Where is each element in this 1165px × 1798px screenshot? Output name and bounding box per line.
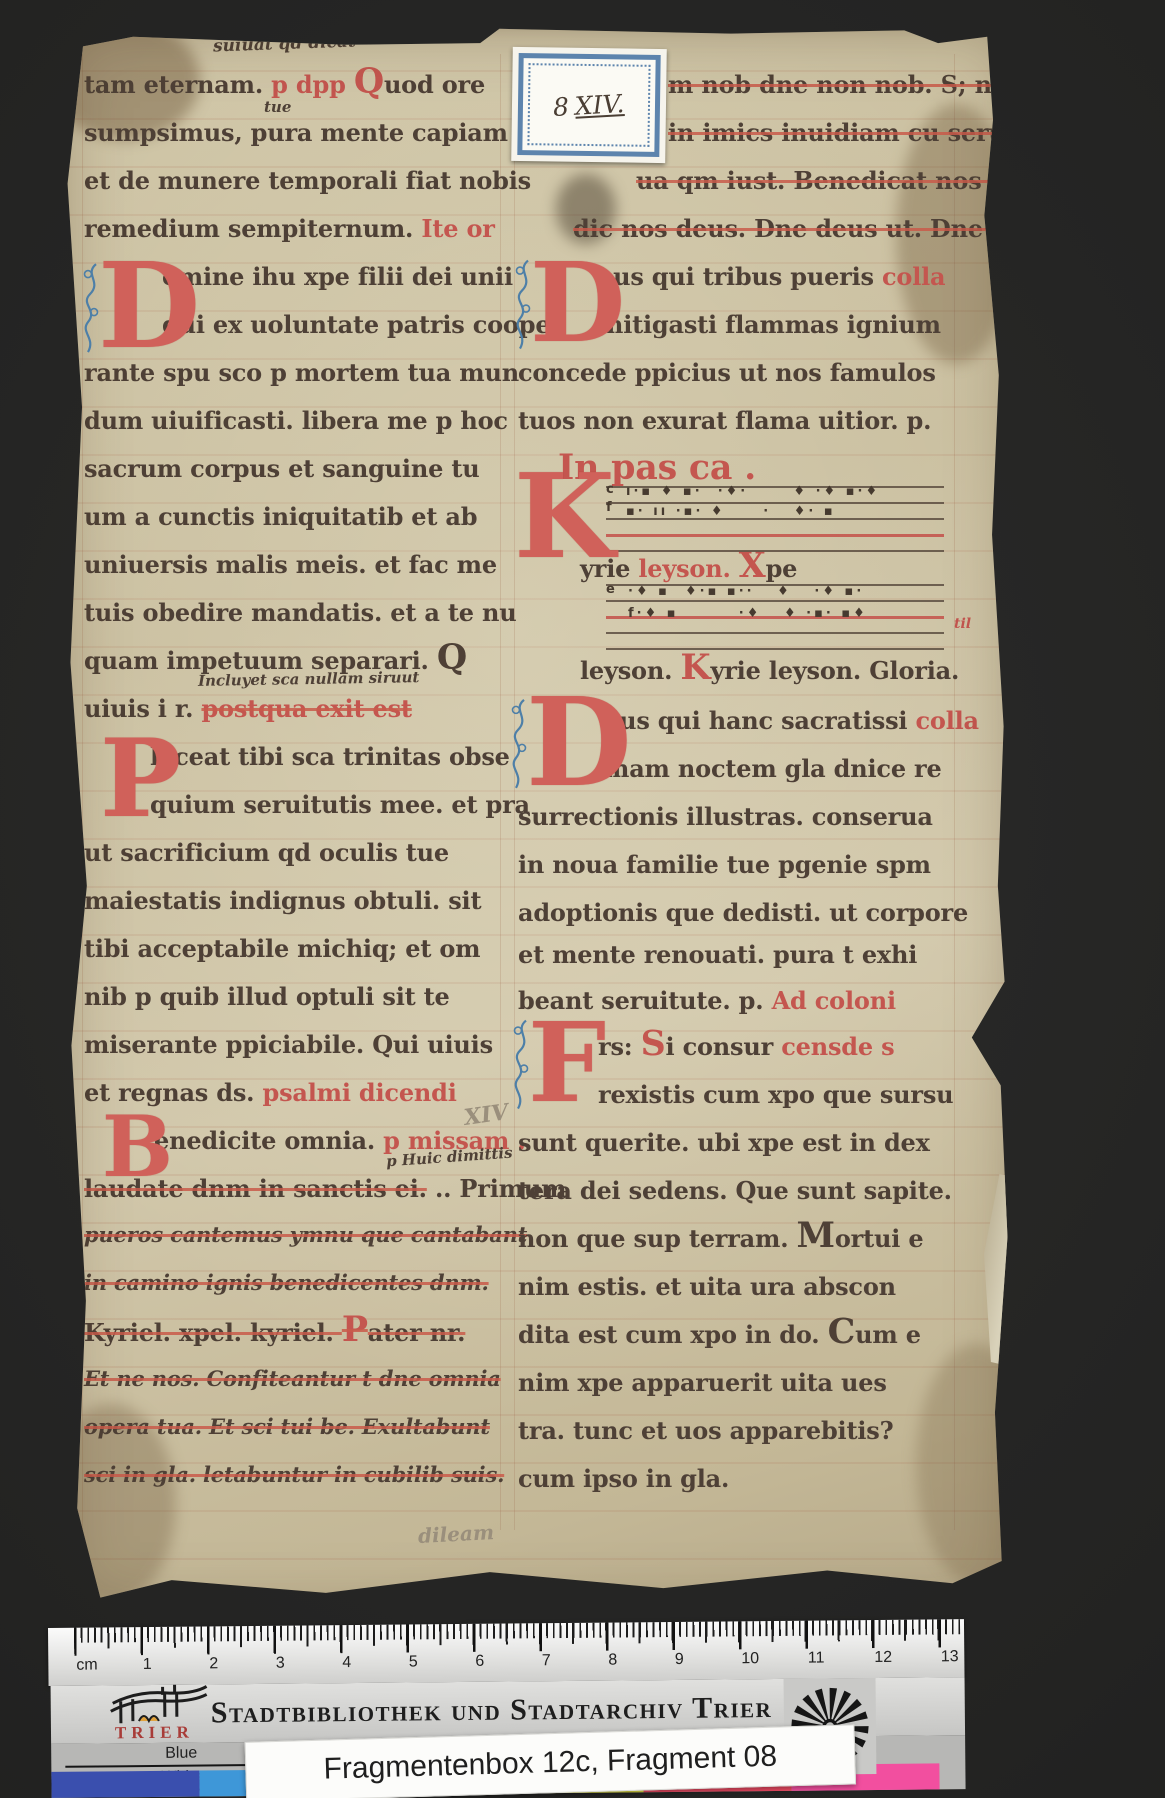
- manuscript-text: nim xpe apparuerit uita ues: [518, 1368, 887, 1397]
- manuscript-text: yrie: [710, 656, 760, 685]
- ruler-number: 11: [808, 1650, 825, 1668]
- manuscript-line: nim xpe apparuerit uita ues: [518, 1368, 887, 1397]
- manuscript-text: m nob dne non nob.: [668, 70, 941, 99]
- neume-notation: ı·▪ ♦ ▪· ·♦· ♦ ·♦ ▪·♦: [626, 484, 880, 499]
- manuscript-line: mam noctem gla dnice re: [604, 754, 942, 783]
- manuscript-line: nim estis. et uita ura abscon: [518, 1272, 896, 1301]
- manuscript-text: nim estis. et uita ura abscon: [518, 1272, 896, 1301]
- manuscript-line: mitigasti flammas ignium: [598, 310, 941, 339]
- manuscript-text: ater nr.: [368, 1318, 466, 1347]
- shelfmark-text: 8XIV.: [553, 89, 626, 122]
- manuscript-text: S: [641, 1023, 666, 1064]
- manuscript-text: um a cunctis iniquitatib et ab: [84, 502, 477, 531]
- manuscript-text: psalmi dicendi: [262, 1078, 456, 1107]
- manuscript-text: postqua exit est: [201, 694, 411, 723]
- manuscript-text: sunt querite. ubi xpe est in dex: [518, 1128, 930, 1157]
- ruler-number: 6: [475, 1653, 484, 1671]
- stamp-border: 8XIV.: [517, 53, 660, 157]
- manuscript-text: p dpp: [263, 70, 354, 99]
- marginal-note: dileam: [417, 1520, 494, 1548]
- manuscript-line: dum uiuificasti. libera me p hoc: [84, 406, 508, 435]
- manuscript-line: tra. tunc et uos apparebitis?: [518, 1416, 893, 1445]
- staff-line: [606, 600, 944, 602]
- logo-caption: TRIER: [115, 1723, 194, 1744]
- manuscript-line: tuis obedire mandatis. et a te nu: [84, 598, 517, 627]
- color-bar: [51, 1771, 199, 1798]
- manuscript-text: maiestatis indignus obtuli. sit: [84, 886, 481, 915]
- manuscript-text: Kyriel. xpel. kyriel.: [84, 1318, 342, 1347]
- manuscript-line: eus qui hanc sacratissi colla: [604, 706, 979, 735]
- ruler-number: 1: [143, 1656, 152, 1674]
- ruler-number: cm: [76, 1656, 97, 1674]
- manuscript-text: leyson.: [638, 554, 738, 583]
- manuscript-text: cum ipso in gla.: [518, 1464, 729, 1493]
- manuscript-text: dita est cum xpo in do.: [518, 1320, 828, 1349]
- manuscript-line: non que sup terram. Mortui e: [518, 1224, 923, 1253]
- manuscript-line: m nob dne non nob. S; noi t. da gl: [668, 70, 1118, 99]
- manuscript-line: Et ne nos. Confiteantur t dne omnia: [84, 1366, 501, 1391]
- manuscript-text: mam noctem gla dnice re: [604, 754, 942, 783]
- manuscript-text: pe: [766, 554, 798, 583]
- manuscript-text: M: [797, 1215, 835, 1256]
- manuscript-text: et de munere temporali fiat nobis: [84, 166, 531, 195]
- manuscript-line: tera dei sedens. Que sunt sapite.: [518, 1176, 952, 1205]
- neume-notation: f·♦ ▪ ·♦ ♦ ·▪· ▪♦: [628, 606, 868, 621]
- manuscript-text: P: [342, 1309, 368, 1350]
- manuscript-line: dita est cum xpo in do. Cum e: [518, 1320, 921, 1349]
- manuscript-text: miserante ppiciabile. Qui uiuis: [84, 1030, 493, 1059]
- manuscript-line: maiestatis indignus obtuli. sit: [84, 886, 481, 915]
- ruler-number: 3: [276, 1655, 285, 1673]
- manuscript-line: omine ihu xpe filii dei unii: [162, 262, 513, 291]
- manuscript-text: mitigasti flammas ignium: [598, 310, 941, 339]
- neume-notation: ·♦ ▪ ♦·▪ ▪·· ♦ ·♦ ▪·: [628, 584, 864, 599]
- manuscript-text: Ite or: [421, 214, 494, 243]
- manuscript-line: um a cunctis iniquitatib et ab: [84, 502, 477, 531]
- staff-line: [606, 550, 944, 552]
- illuminated-initial: P: [100, 730, 181, 829]
- illuminated-initial: D: [98, 252, 200, 361]
- manuscript-text: sci in gla. letabuntur in cubilib suis.: [84, 1462, 504, 1487]
- music-staff: cfı·▪ ♦ ▪· ·♦· ♦ ·♦ ▪·♦▪· ıı ·▪· ♦ · ♦· …: [606, 486, 944, 556]
- manuscript-text: in noua familie tue pgenie spm: [518, 850, 931, 879]
- manuscript-line: et mente renouati. pura t exhi: [518, 940, 917, 969]
- manuscript-text: um e: [855, 1320, 921, 1349]
- staff-line: [606, 648, 944, 650]
- manuscript-text: sumpsimus, pura mente capiam: [84, 118, 508, 147]
- manuscript-text: opera tua. Et sci tui be. Exultabunt: [84, 1414, 490, 1439]
- manuscript-line: eus qui tribus pueris colla: [598, 262, 945, 291]
- manuscript-text: nib p quib illud optuli sit te: [84, 982, 450, 1011]
- manuscript-text: laceat tibi sca trinitas obse: [150, 742, 510, 771]
- ruler-cm-ticks: [74, 1619, 960, 1656]
- manuscript-text: tam eternam.: [84, 70, 263, 99]
- manuscript-text: tuos non exurat flama uitior. p.: [518, 406, 931, 435]
- ruler-number: 4: [342, 1654, 351, 1672]
- color-label: Blue: [165, 1745, 197, 1763]
- illuminated-initial: D: [530, 252, 625, 353]
- manuscript-text: quium seruitutis mee. et pra: [150, 790, 530, 819]
- manuscript-line: leyson. Kyrie leyson. Gloria.: [580, 656, 959, 685]
- marginal-note: tue: [264, 98, 291, 116]
- manuscript-text: tuis obedire mandatis. et a te nu: [84, 598, 517, 627]
- manuscript-text: S; noi t. da gl: [941, 70, 1118, 99]
- manuscript-text: ca .: [677, 447, 756, 488]
- marginal-note: Incluyet sca nullam siruut: [198, 668, 420, 690]
- manuscript-line: Kyriel. xpel. kyriel. Pater nr.: [84, 1318, 465, 1347]
- manuscript-text: rexistis cum xpo que sursu: [598, 1080, 953, 1109]
- manuscript-line: sci in gla. letabuntur in cubilib suis.: [84, 1462, 504, 1487]
- calibration-footer: cm12345678910111213 Stadtbibliothek und …: [44, 1619, 970, 1798]
- manuscript-text: eus qui tribus pueris: [598, 262, 882, 291]
- ruler-number: 13: [941, 1648, 959, 1666]
- manuscript-text: ut sacrificium qd oculis tue: [84, 838, 449, 867]
- manuscript-line: sumpsimus, pura mente capiam: [84, 118, 508, 147]
- ruler-number: 5: [409, 1653, 418, 1671]
- manuscript-text: dic nos deus. Dne deus ut. Dne ex. or: [573, 214, 1065, 243]
- manuscript-line: nib p quib illud optuli sit te: [84, 982, 450, 1011]
- music-staff: e·♦ ▪ ♦·▪ ▪·· ♦ ·♦ ▪·f·♦ ▪ ·♦ ♦ ·▪· ▪♦: [606, 584, 944, 654]
- manuscript-text: tra. tunc et uos apparebitis?: [518, 1416, 893, 1445]
- manuscript-text: C: [828, 1311, 856, 1352]
- manuscript-line: sunt querite. ubi xpe est in dex: [518, 1128, 930, 1157]
- filigree-flourish: [510, 690, 532, 798]
- manuscript-text: eus qui hanc sacratissi: [604, 706, 915, 735]
- archive-stamp-label: 8XIV.: [511, 47, 667, 163]
- manuscript-line: opera tua. Et sci tui be. Exultabunt: [84, 1414, 490, 1439]
- manuscript-text: tera dei sedens. Que sunt sapite.: [518, 1176, 952, 1205]
- ruler-number: 9: [675, 1651, 684, 1669]
- ruler-number: 2: [209, 1655, 218, 1673]
- manuscript-text: et mente renouati. pura t exhi: [518, 940, 917, 969]
- manuscript-text: colla: [915, 706, 978, 735]
- manuscript-text: Ad coloni: [772, 986, 896, 1015]
- manuscript-line: et de munere temporali fiat nobis: [84, 166, 531, 195]
- manuscript-parchment: tam eternam. p dpp Quod oresumpsimus, pu…: [56, 24, 1020, 1620]
- manuscript-text: ortui e: [835, 1224, 924, 1253]
- manuscript-text: in camino ignis benedicentes dnm.: [84, 1270, 489, 1295]
- photograph-background: tam eternam. p dpp Quod oresumpsimus, pu…: [0, 0, 1165, 1798]
- manuscript-text: leyson.: [761, 656, 870, 685]
- manuscript-text: pueros cantemus ymnu que cantabant: [84, 1222, 527, 1247]
- torn-parchment-flap: [984, 1174, 1070, 1374]
- manuscript-line: in noua familie tue pgenie spm: [518, 850, 931, 879]
- filigree-flourish: [82, 256, 104, 360]
- manuscript-text: ua qm iust. Benedicat nos ds deus noster…: [636, 166, 1165, 195]
- manuscript-line: qui ex uoluntate patris coope: [162, 310, 550, 339]
- manuscript-line: adoptionis que dedisti. ut corpore: [518, 898, 968, 927]
- illuminated-initial: F: [528, 1012, 606, 1113]
- manuscript-text: adoptionis que dedisti. ut corpore: [518, 898, 968, 927]
- marginal-note: til: [954, 616, 971, 632]
- manuscript-line: quium seruitutis mee. et pra: [150, 790, 530, 819]
- ruler-number: 12: [874, 1649, 892, 1667]
- manuscript-text: sacrum corpus et sanguine tu: [84, 454, 479, 483]
- manuscript-line: miserante ppiciabile. Qui uiuis: [84, 1030, 493, 1059]
- ruler-number: 10: [741, 1650, 759, 1668]
- manuscript-line: in camino ignis benedicentes dnm.: [84, 1270, 489, 1295]
- filigree-flourish: [512, 1016, 534, 1113]
- manuscript-line: tam eternam. p dpp Quod ore: [84, 70, 485, 99]
- manuscript-line: tibi acceptabile michiq; et om: [84, 934, 480, 963]
- illuminated-initial: K: [514, 464, 615, 571]
- institution-title: Stadtbibliothek und Stadtarchiv Trier: [211, 1691, 773, 1730]
- illuminated-initial: B: [102, 1108, 173, 1185]
- manuscript-line: laceat tibi sca trinitas obse: [150, 742, 510, 771]
- illuminated-initial: D: [526, 686, 632, 798]
- staff-line-red: [606, 534, 944, 537]
- filigree-flourish: [514, 256, 536, 353]
- manuscript-line: sacrum corpus et sanguine tu: [84, 454, 479, 483]
- manuscript-text: Q: [437, 637, 467, 678]
- manuscript-text: uod ore: [384, 70, 485, 99]
- manuscript-line: rs: Si consur censde s: [598, 1032, 894, 1061]
- manuscript-line: ua qm iust. Benedicat nos ds deus noster…: [636, 166, 1165, 195]
- manuscript-text: Q: [354, 61, 384, 102]
- manuscript-line: dic nos deus. Dne deus ut. Dne ex. or: [573, 214, 1065, 243]
- ruler-number: 7: [542, 1652, 551, 1670]
- manuscript-text: in imics inuidiam cu seruo suo dne.: [668, 118, 1141, 147]
- manuscript-line: uniuersis malis meis. et fac me: [84, 550, 497, 579]
- manuscript-line: rexistis cum xpo que sursu: [598, 1080, 953, 1109]
- fragment-id-text: Fragmentenbox 12c, Fragment 08: [323, 1740, 777, 1787]
- manuscript-text: Et ne nos. Confiteantur t dne omnia: [84, 1366, 501, 1391]
- neume-notation: ▪· ıı ·▪· ♦ · ♦· ▪: [626, 504, 836, 519]
- manuscript-text: qui ex uoluntate patris coope: [162, 310, 550, 339]
- ruler-number: 8: [608, 1651, 617, 1669]
- manuscript-text: enedicite omnia.: [154, 1126, 383, 1155]
- manuscript-text: omine ihu xpe filii dei unii: [162, 262, 513, 291]
- manuscript-text-area: tam eternam. p dpp Quod oresumpsimus, pu…: [56, 24, 1020, 1620]
- manuscript-text: censde s: [781, 1032, 894, 1061]
- manuscript-line: ut sacrificium qd oculis tue: [84, 838, 449, 867]
- manuscript-line: cum ipso in gla.: [518, 1464, 729, 1493]
- manuscript-text: colla: [882, 262, 945, 291]
- manuscript-line: in imics inuidiam cu seruo suo dne.: [668, 118, 1141, 147]
- manuscript-text: tibi acceptabile michiq; et om: [84, 934, 480, 963]
- manuscript-text: uniuersis malis meis. et fac me: [84, 550, 497, 579]
- manuscript-text: Gloria.: [869, 656, 959, 685]
- staff-line: [606, 632, 944, 634]
- shelfmark-roman: XIV.: [575, 89, 626, 121]
- manuscript-text: dum uiuificasti. libera me p hoc: [84, 406, 508, 435]
- shelfmark-numeral: 8: [553, 92, 571, 122]
- manuscript-text: i consur: [666, 1032, 782, 1061]
- manuscript-text: non que sup terram.: [518, 1224, 797, 1253]
- manuscript-line: pueros cantemus ymnu que cantabant: [84, 1222, 527, 1247]
- manuscript-line: tuos non exurat flama uitior. p.: [518, 406, 931, 435]
